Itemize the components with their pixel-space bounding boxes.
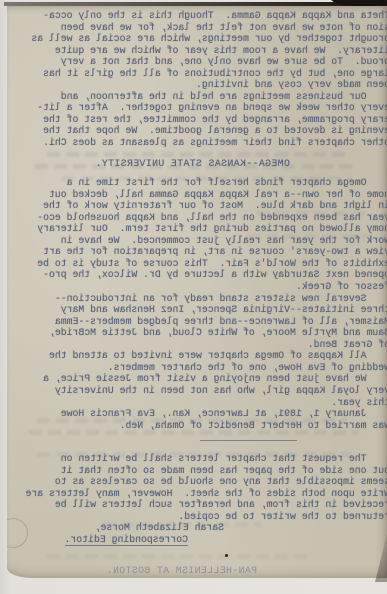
paragraph: Our business meetings are held in the af… <box>7 91 387 149</box>
text-line: seems impossible that any one should be … <box>7 476 387 488</box>
text-line: wedding of Eva Howe, one of the charter … <box>7 362 387 374</box>
mirrored-text-layer: Theta and Kappa Kappa Gamma. Though this… <box>7 10 387 576</box>
text-line: large one, but by the contributions of a… <box>7 68 387 80</box>
text-line: but one side of the paper has been made … <box>7 465 387 477</box>
paragraph: All Kappas of Omega chapter were invited… <box>7 350 387 431</box>
text-line: in light and dark blue. Most of our frat… <box>7 200 387 212</box>
text-line: every other week we spend an evening tog… <box>7 102 387 114</box>
text-line: exhibits of the World's Fair. This cours… <box>7 258 387 270</box>
text-line: returned to the writer to be copied. <box>7 511 387 523</box>
text-line: Our business meetings are held in the af… <box>7 91 387 103</box>
paragraph: Several new sisters stand ready for an i… <box>7 293 387 351</box>
signature-title: Corresponding Editor. <box>7 534 387 546</box>
signature-title-text: Corresponding Editor. <box>65 534 188 547</box>
paper-sheet: Theta and Kappa Kappa Gamma. Though this… <box>7 6 387 578</box>
text-line: year has been expended on the hall, and … <box>7 212 387 224</box>
scanned-document-page: Theta and Kappa Kappa Gamma. Though this… <box>0 0 387 594</box>
paragraph: Theta and Kappa Kappa Gamma. Though this… <box>7 10 387 91</box>
text-line: been made very cosy and inviting. <box>7 79 387 91</box>
text-line: very loyal Kappa girl, who has not been … <box>7 385 387 397</box>
text-line: was married to Herbert Benedict of Omaha… <box>7 420 387 432</box>
text-line: literary. We have a room this year of wh… <box>7 45 387 57</box>
section-divider-rule <box>200 440 297 441</box>
text-line: Baum and Myrtle Moore, of White Cloud, a… <box>7 327 387 339</box>
text-line: work for the year has really just commen… <box>7 235 387 247</box>
section-heading: OMEGA--KANSAS STATE UNIVERSITY. <box>7 158 387 170</box>
next-article-heading: PAN-HELLENISM AT BOSTON. <box>7 565 387 577</box>
text-line: January 1, 1891, at Lawrence, Kan., Eva … <box>7 408 387 420</box>
text-line: The request that chapter letters shall b… <box>7 453 387 465</box>
text-line: sion of note we have not felt the lack, … <box>7 22 387 34</box>
text-line: All Kappas of Omega chapter were invited… <box>7 350 387 362</box>
text-line: brought together by our meetings, which … <box>7 33 387 45</box>
text-line: erary programme, arranged by the committ… <box>7 114 387 126</box>
text-line: received in this from, and hereafter suc… <box>7 499 387 511</box>
text-line: evening is devoted to a general goodtime… <box>7 125 387 137</box>
text-line: We have just been enjoying a visit from … <box>7 373 387 385</box>
text-line: Omega chapter finds herself for the firs… <box>7 177 387 189</box>
signature-name: Sarah Elizabeth Morse, <box>7 522 387 534</box>
text-line: view a two-years' course in art, in prep… <box>7 246 387 258</box>
text-line: proud. To be sure we have only one, and … <box>7 56 387 68</box>
text-line: nomy allowed no parties during the first… <box>7 223 387 235</box>
text-line: Theta and Kappa Kappa Gamma. Though this… <box>7 10 387 22</box>
text-line: this year. <box>7 397 387 409</box>
text-line: Maismer, all of Lawrence--and three pled… <box>7 316 387 328</box>
text-line: of Great Bend. <box>7 339 387 351</box>
text-line: other chapters find their meetings as pl… <box>7 137 387 149</box>
text-line: home of her own--a real Kappa Kappa Gamm… <box>7 189 387 201</box>
notice-paragraph: The request that chapter letters shall b… <box>7 453 387 522</box>
text-line: opened next Saturday with a lecture by D… <box>7 269 387 281</box>
paragraph: Omega chapter finds herself for the firs… <box>7 177 387 292</box>
text-line: Several new sisters stand ready for an i… <box>7 293 387 305</box>
text-line: three initiates--Virginia Spencer, Inez … <box>7 304 387 316</box>
text-line: write upon both sides of the sheet. Howe… <box>7 488 387 500</box>
text-line: fessor of Greek. <box>7 281 387 293</box>
